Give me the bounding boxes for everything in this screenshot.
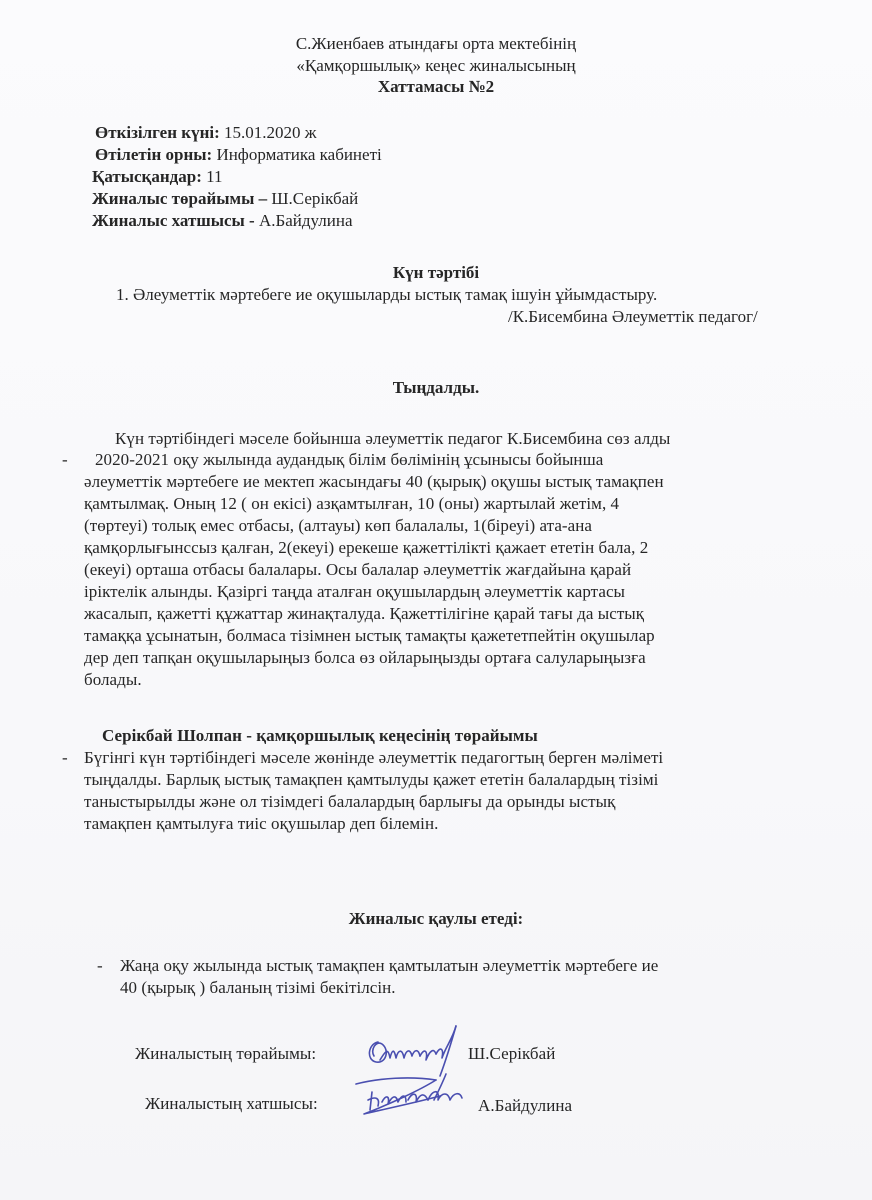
agenda-item-1-speaker: /К.Бисембина Әлеуметтік педагог/: [508, 306, 758, 328]
participants: Қатысқандар: 11: [92, 166, 223, 187]
meeting-date-value: 15.01.2020 ж: [220, 123, 317, 142]
listened-line: қамқорлығынссыз қалған, 2(екеуі) ерекеше…: [84, 537, 648, 559]
secretary-signature-name: А.Байдулина: [478, 1095, 572, 1117]
listened-heading: Тыңдалды.: [0, 377, 872, 399]
meeting-place-value: Информатика кабинеті: [212, 145, 382, 164]
listened-line: болады.: [84, 669, 142, 691]
resolution-line: 40 (қырық ) баланың тізімі бекітілсін.: [120, 977, 396, 999]
speaker2-line: Бүгінгі күн тәртібіндегі мәселе жөнінде …: [84, 747, 663, 769]
meeting-secretary-label: Жиналыс хатшысы -: [92, 211, 255, 230]
meeting-secretary-value: А.Байдулина: [255, 211, 353, 230]
listened-line: дер деп тапқан оқушыларыңыз болса өз ойл…: [84, 647, 646, 669]
listened-line: (екеуі) орташа отбасы балалары. Осы бала…: [84, 559, 631, 581]
meeting-date: Өткізілген күні: 15.01.2020 ж: [95, 122, 317, 143]
school-name-line: С.Жиенбаев атындағы орта мектебінің: [0, 33, 872, 55]
listened-line: 2020-2021 оқу жылында аудандық білім бөл…: [95, 449, 603, 471]
agenda-heading: Күн тәртібі: [0, 262, 872, 284]
speaker2-line: тыңдалды. Барлық ыстық тамақпен қамтылуд…: [84, 769, 658, 791]
listened-line: әлеуметтік мәртебеге ие мектеп жасындағы…: [84, 471, 664, 493]
meeting-place: Өтілетін орны: Информатика кабинеті: [95, 144, 382, 165]
agenda-item-1: 1. Әлеуметтік мәртебеге ие оқушыларды ыс…: [116, 284, 657, 306]
speaker2-line: таныстырылды және ол тізімдегі балаларды…: [84, 791, 615, 813]
chair-signature-name: Ш.Серікбай: [468, 1043, 555, 1065]
listened-dash: -: [62, 449, 68, 471]
chair-signature-label: Жиналыстың төрайымы:: [135, 1043, 316, 1065]
listened-line: (төртеуі) толық емес отбасы, (алтауы) кө…: [84, 515, 592, 537]
speaker2-heading: Серікбай Шолпан - қамқоршылық кеңесінің …: [102, 725, 538, 747]
resolution-dash: -: [97, 955, 103, 977]
listened-intro: Күн тәртібіндегі мәселе бойынша әлеуметт…: [115, 428, 670, 450]
speaker2-dash: -: [62, 747, 68, 769]
listened-line: тамаққа ұсынатын, болмаса тізімнен ыстық…: [84, 625, 655, 647]
secretary-signature-label: Жиналыстың хатшысы:: [145, 1093, 318, 1115]
resolution-heading: Жиналыс қаулы етеді:: [0, 908, 872, 930]
meeting-place-label: Өтілетін орны:: [95, 145, 212, 164]
meeting-date-label: Өткізілген күні:: [95, 123, 220, 142]
listened-line: қамтылмақ. Оның 12 ( он екісі) азқамтылғ…: [84, 493, 619, 515]
meeting-secretary: Жиналыс хатшысы - А.Байдулина: [92, 210, 353, 231]
meeting-chair-label: Жиналыс төрайымы –: [92, 189, 267, 208]
resolution-line: Жаңа оқу жылында ыстық тамақпен қамтылат…: [120, 955, 658, 977]
meeting-chair-value: Ш.Серікбай: [267, 189, 358, 208]
document-title: Хаттамасы №2: [0, 76, 872, 98]
speaker2-line: тамақпен қамтылуға тиіс оқушылар деп біл…: [84, 813, 438, 835]
listened-line: іріктелік алынды. Қазіргі таңда аталған …: [84, 581, 625, 603]
participants-label: Қатысқандар:: [92, 167, 202, 186]
listened-line: жасалып, қажетті құжаттар жинақталуда. Қ…: [84, 603, 644, 625]
secretary-signature-icon: [350, 1070, 470, 1120]
scanned-document-page: С.Жиенбаев атындағы орта мектебінің «Қам…: [0, 0, 872, 1200]
participants-value: 11: [202, 167, 223, 186]
meeting-chair: Жиналыс төрайымы – Ш.Серікбай: [92, 188, 358, 209]
council-name-line: «Қамқоршылық» кеңес жиналысының: [0, 55, 872, 77]
